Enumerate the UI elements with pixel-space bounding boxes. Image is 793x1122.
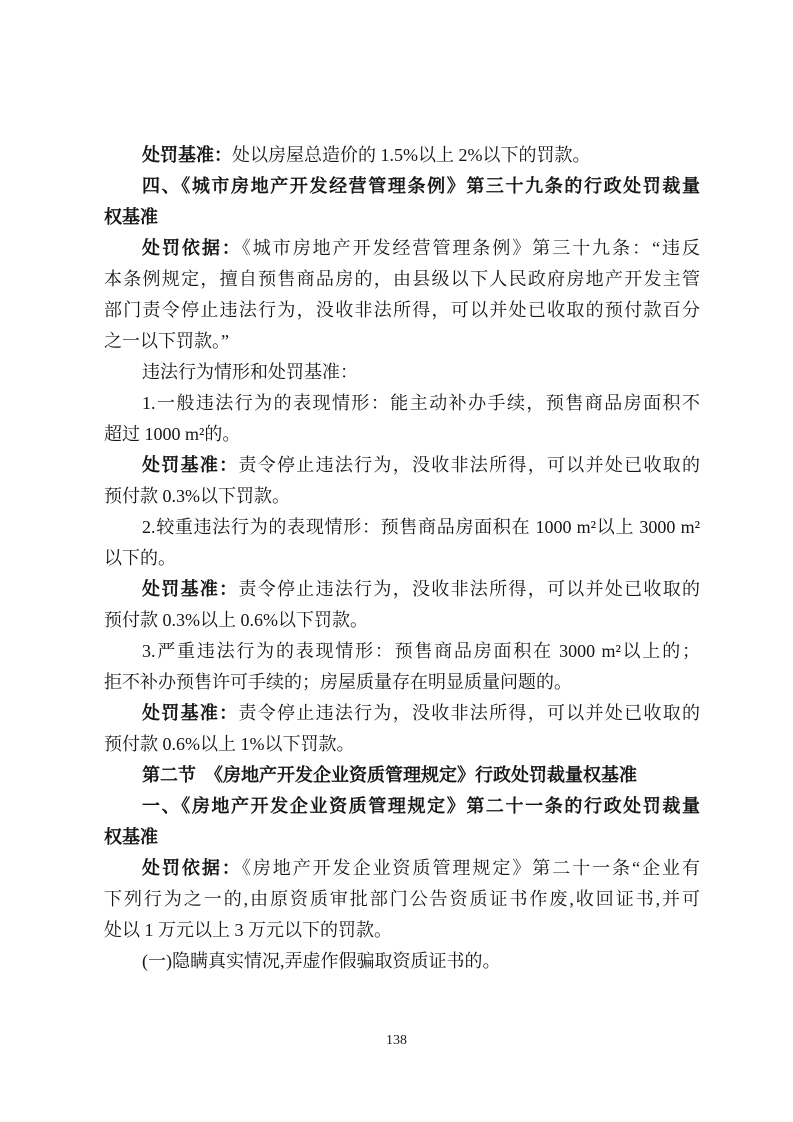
line-text: 超过 1000 m²的。 (104, 424, 240, 444)
text-line: 2.较重违法行为的表现情形：预售商品房面积在 1000 m²以上 3000 m² (104, 512, 700, 543)
line-text: 权基准 (104, 207, 158, 227)
line-text: 处以 1 万元以上 3 万元以下的罚款。 (104, 920, 392, 940)
bold-label: 处罚依据： (142, 858, 242, 878)
text-line: 违法行为情形和处罚基准： (104, 357, 700, 388)
bold-label: 处罚基准： (142, 455, 238, 475)
line-text: 《城市房地产开发经营管理条例》第三十九条：“违反 (242, 238, 700, 258)
line-text: 违法行为情形和处罚基准： (142, 362, 358, 382)
line-text: (一)隐瞒真实情况,弄虚作假骗取资质证书的。 (142, 951, 501, 971)
text-line: 处罚基准：责令停止违法行为，没收非法所得，可以并处已收取的 (104, 698, 700, 729)
text-line: 超过 1000 m²的。 (104, 419, 700, 450)
text-line: 处罚基准：处以房屋总造价的 1.5%以上 2%以下的罚款。 (104, 140, 700, 171)
text-line: 预付款 0.3%以上 0.6%以下罚款。 (104, 605, 700, 636)
line-text: 责令停止违法行为，没收非法所得，可以并处已收取的 (238, 579, 700, 599)
bold-label: 处罚基准： (142, 145, 232, 165)
text-line: 1.一般违法行为的表现情形：能主动补办手续，预售商品房面积不 (104, 388, 700, 419)
text-line: 权基准 (104, 822, 700, 853)
document-page: { "page": { "number": "138" }, "document… (0, 0, 793, 1122)
line-text: 1.一般违法行为的表现情形：能主动补办手续，预售商品房面积不 (142, 393, 700, 413)
line-text: 一、《房地产开发企业资质管理规定》第二十一条的行政处罚裁量 (142, 796, 700, 816)
text-line: 预付款 0.6%以上 1%以下罚款。 (104, 729, 700, 760)
document-body: 处罚基准：处以房屋总造价的 1.5%以上 2%以下的罚款。四、《城市房地产开发经… (104, 140, 700, 977)
line-text: 责令停止违法行为，没收非法所得，可以并处已收取的 (238, 455, 700, 475)
text-line: 处罚依据：《城市房地产开发经营管理条例》第三十九条：“违反 (104, 233, 700, 264)
line-text: 责令停止违法行为，没收非法所得，可以并处已收取的 (238, 703, 700, 723)
text-line: (一)隐瞒真实情况,弄虚作假骗取资质证书的。 (104, 946, 700, 977)
line-text: 以下的。 (104, 548, 176, 568)
text-line: 下列行为之一的,由原资质审批部门公告资质证书作废,收回证书,并可 (104, 884, 700, 915)
line-text: 预付款 0.3%以下罚款。 (104, 486, 290, 506)
text-line: 以下的。 (104, 543, 700, 574)
line-text: 《房地产开发企业资质管理规定》第二十一条“企业有 (242, 858, 700, 878)
text-line: 预付款 0.3%以下罚款。 (104, 481, 700, 512)
bold-label: 处罚基准： (142, 579, 238, 599)
text-line: 处以 1 万元以上 3 万元以下的罚款。 (104, 915, 700, 946)
line-text: 拒不补办预售许可手续的；房屋质量存在明显质量问题的。 (104, 672, 572, 692)
line-text: 下列行为之一的,由原资质审批部门公告资质证书作废,收回证书,并可 (104, 889, 700, 909)
text-line: 一、《房地产开发企业资质管理规定》第二十一条的行政处罚裁量 (104, 791, 700, 822)
page-number: 138 (0, 1031, 793, 1051)
text-line: 处罚基准：责令停止违法行为，没收非法所得，可以并处已收取的 (104, 450, 700, 481)
text-line: 拒不补办预售许可手续的；房屋质量存在明显质量问题的。 (104, 667, 700, 698)
text-line: 第二节 《房地产开发企业资质管理规定》行政处罚裁量权基准 (104, 760, 700, 791)
line-text: 四、《城市房地产开发经营管理条例》第三十九条的行政处罚裁量 (142, 176, 700, 196)
line-text: 本条例规定，擅自预售商品房的，由县级以下人民政府房地产开发主管 (104, 269, 700, 289)
line-text: 第二节 《房地产开发企业资质管理规定》行政处罚裁量权基准 (142, 765, 637, 785)
line-text: 权基准 (104, 827, 158, 847)
line-text: 预付款 0.6%以上 1%以下罚款。 (104, 734, 355, 754)
bold-label: 处罚依据： (142, 238, 242, 258)
text-line: 3.严重违法行为的表现情形：预售商品房面积在 3000 m²以上的； (104, 636, 700, 667)
page: 处罚基准：处以房屋总造价的 1.5%以上 2%以下的罚款。四、《城市房地产开发经… (0, 0, 793, 1122)
text-line: 四、《城市房地产开发经营管理条例》第三十九条的行政处罚裁量 (104, 171, 700, 202)
text-line: 权基准 (104, 202, 700, 233)
line-text: 之一以下罚款。” (104, 331, 229, 351)
bold-label: 处罚基准： (142, 703, 238, 723)
line-text: 3.严重违法行为的表现情形：预售商品房面积在 3000 m²以上的； (142, 641, 700, 661)
text-line: 部门责令停止违法行为，没收非法所得，可以并处已收取的预付款百分 (104, 295, 700, 326)
text-line: 处罚依据：《房地产开发企业资质管理规定》第二十一条“企业有 (104, 853, 700, 884)
text-line: 本条例规定，擅自预售商品房的，由县级以下人民政府房地产开发主管 (104, 264, 700, 295)
text-line: 之一以下罚款。” (104, 326, 700, 357)
line-text: 部门责令停止违法行为，没收非法所得，可以并处已收取的预付款百分 (104, 300, 700, 320)
line-text: 2.较重违法行为的表现情形：预售商品房面积在 1000 m²以上 3000 m² (142, 517, 700, 537)
text-line: 处罚基准：责令停止违法行为，没收非法所得，可以并处已收取的 (104, 574, 700, 605)
line-text: 预付款 0.3%以上 0.6%以下罚款。 (104, 610, 368, 630)
line-text: 处以房屋总造价的 1.5%以上 2%以下的罚款。 (232, 145, 591, 165)
